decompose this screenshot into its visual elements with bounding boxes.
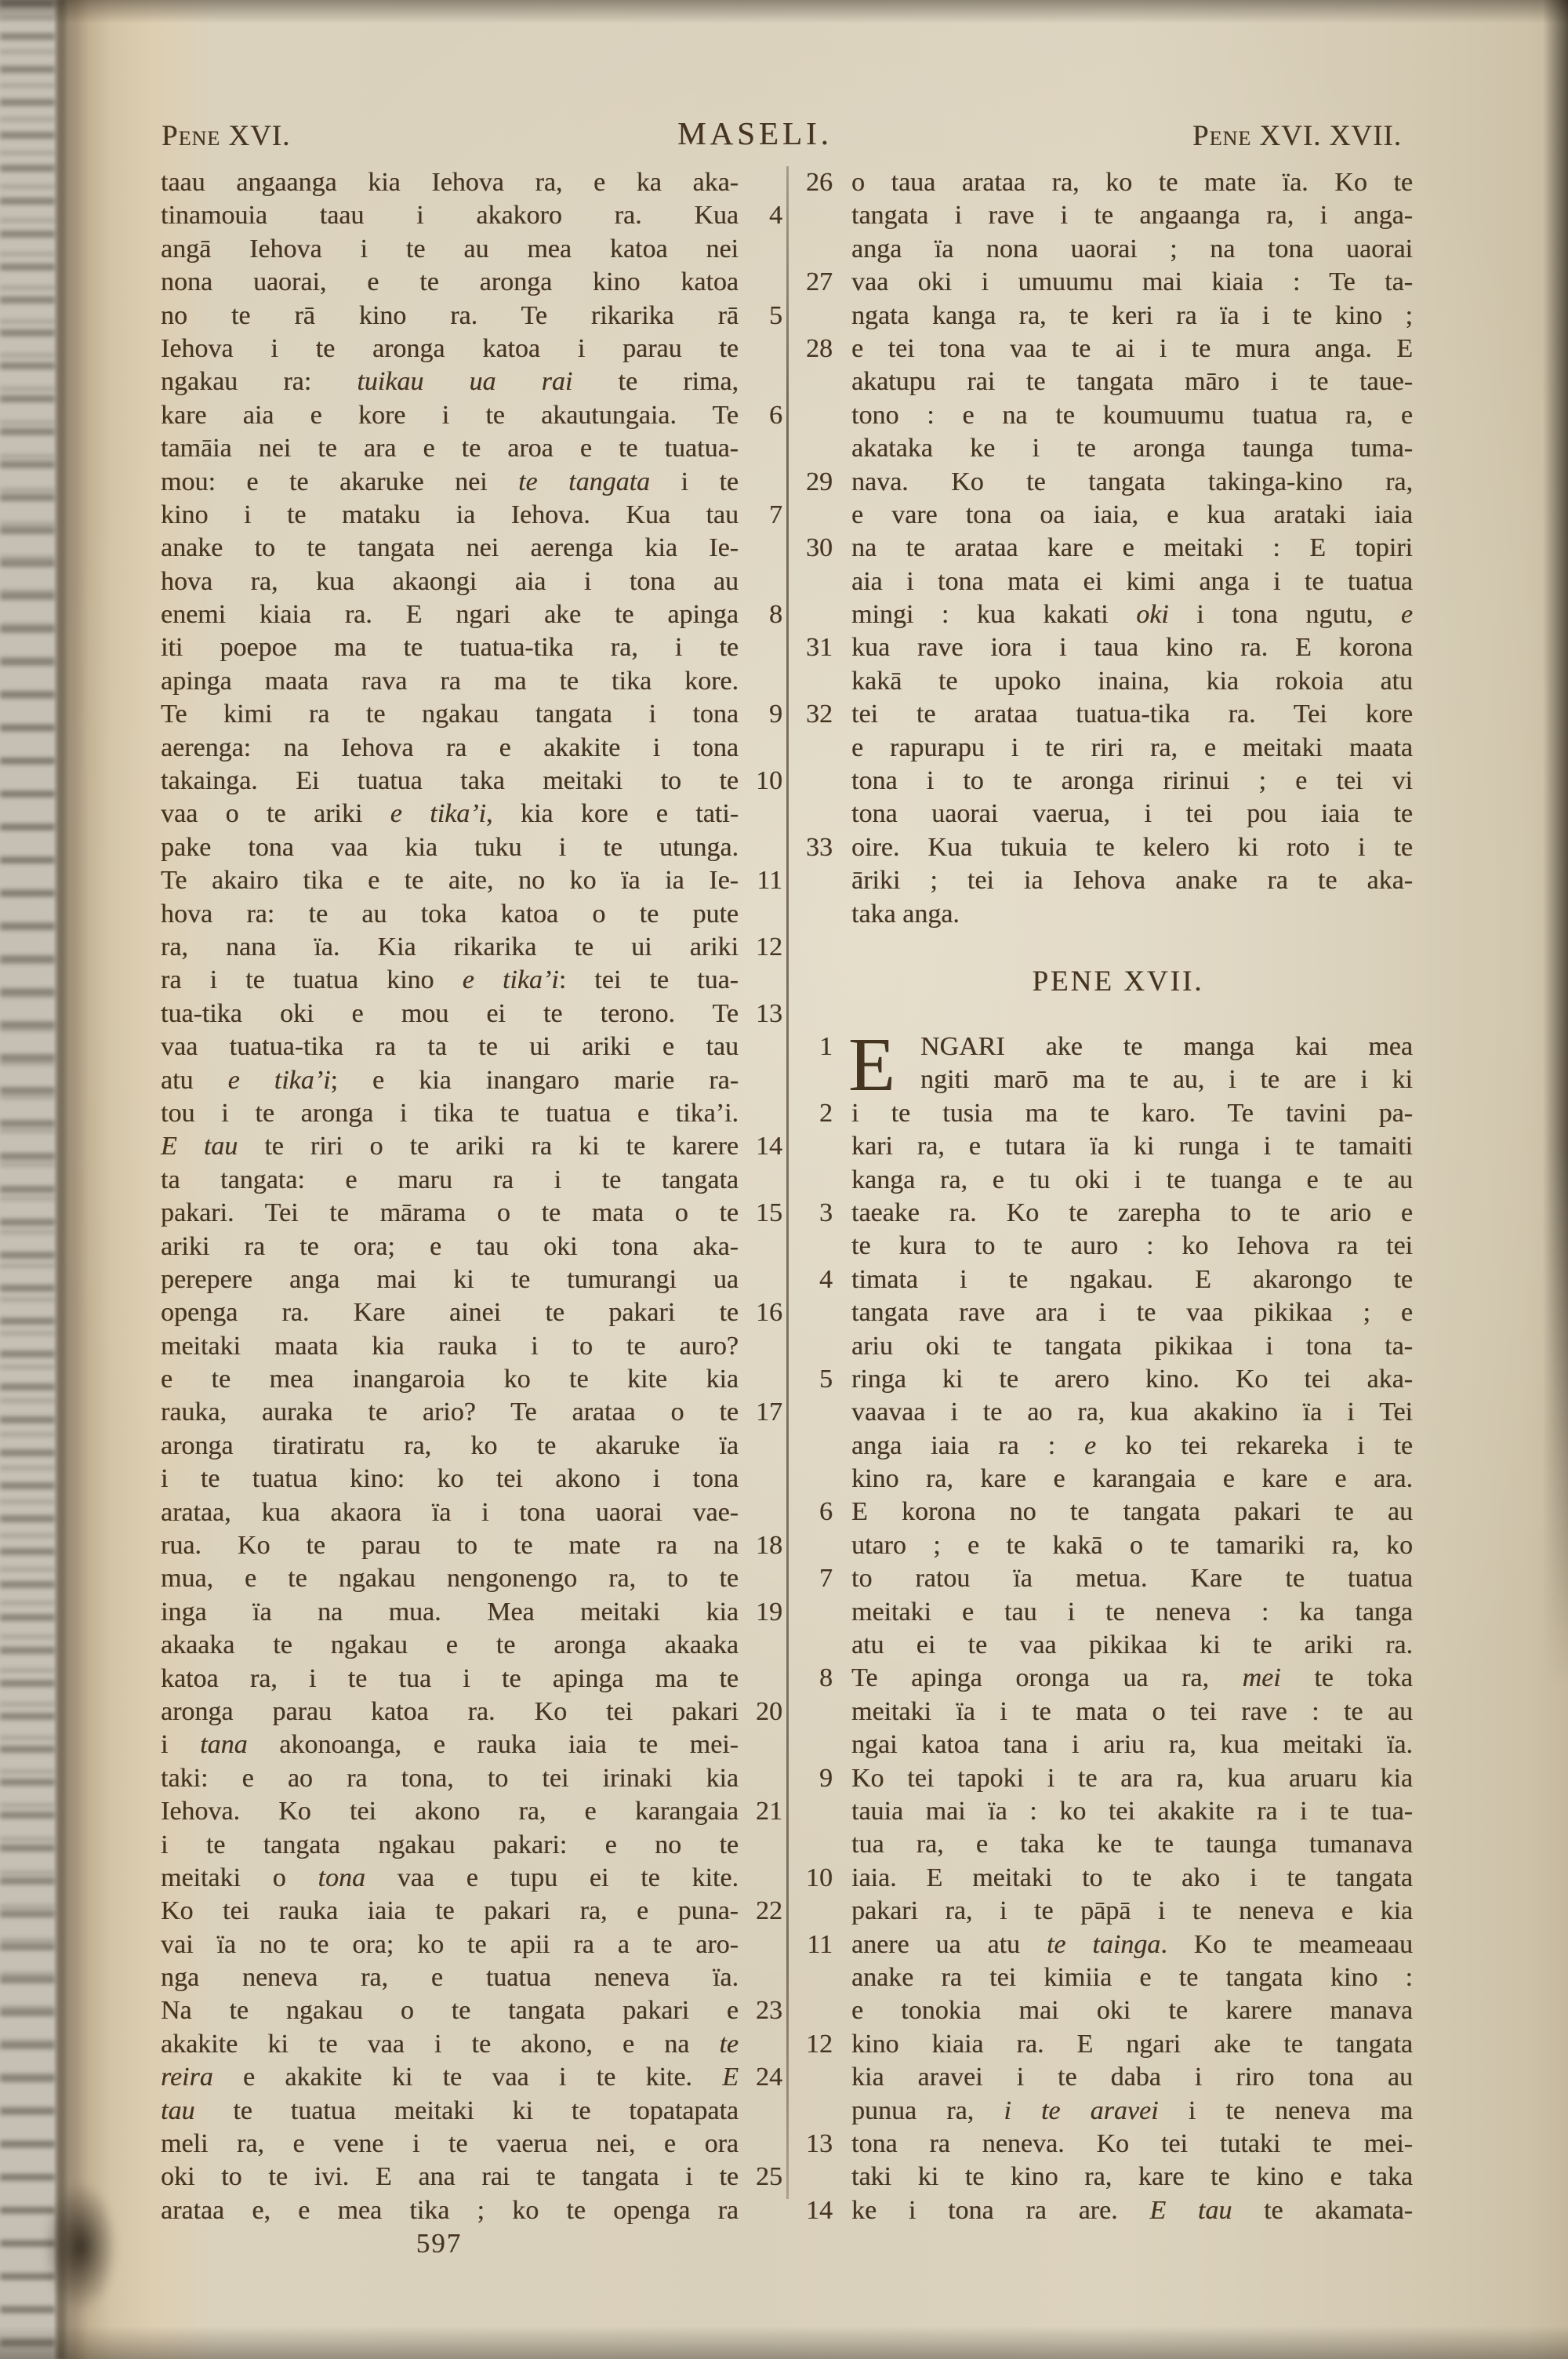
verse-text: hova ra, kua akaongi aia i tona au: [161, 567, 739, 597]
verse-text: hova ra: te au toka katoa o te pute: [161, 900, 739, 929]
text-line: 9Ko tei tapoki i te ara ra, kua aruaru k…: [797, 1764, 1413, 1797]
text-line: punua ra, i te aravei i te neneva ma: [797, 2096, 1413, 2129]
text-line: tona i to te aronga ririnui ; e tei vi: [797, 766, 1413, 799]
left-column: taau angaanga kia Iehova ra, e ka aka-4t…: [161, 168, 782, 2229]
text-line: anake to te tangata nei aerenga kia Ie-: [161, 533, 782, 566]
text-line: ariu oki te tangata pikikaa i tona ta-: [797, 1332, 1413, 1365]
verse-text: i tana akonoanga, e rauka iaia te mei-: [161, 1730, 739, 1760]
verse-text: atu ei te vaa pikikaa ki te ariki ra.: [851, 1630, 1413, 1660]
text-line: 7kino i te mataku ia Iehova. Kua tau: [161, 500, 782, 533]
running-head-right: Pene XVI. XVII.: [1192, 119, 1402, 153]
verse-text: vaa tuatua-tika ra ta te ui ariki e tau: [161, 1032, 739, 1062]
text-line: ta tangata: e maru ra i te tangata: [161, 1165, 782, 1198]
verse-text: reira e akakite ki te vaa i te kite. E: [161, 2063, 739, 2092]
text-line: aronga tiratiratu ra, ko te akaruke ïa: [161, 1431, 782, 1464]
text-line: anake ra tei kimiia e te tangata kino :: [797, 1963, 1413, 1996]
verse-text: o taua arataa ra, ko te mate ïa. Ko te: [851, 168, 1413, 198]
verse-number: 28: [797, 334, 833, 364]
verse-number: 30: [797, 533, 833, 563]
verse-text: to ratou ïa metua. Kare te tuatua: [851, 1564, 1413, 1594]
verse-text: aronga parau katoa ra. Ko tei pakari: [161, 1697, 739, 1727]
text-line: 19inga ïa na mua. Mea meitaki kia: [161, 1598, 782, 1630]
text-line: aerenga: na Iehova ra e akakite i tona: [161, 733, 782, 766]
text-line: taau angaanga kia Iehova ra, e ka aka-: [161, 168, 782, 201]
verse-text: utaro ; e te kakā o te tamariki ra, ko: [851, 1531, 1413, 1561]
text-line: 4timata i te ngakau. E akarongo te: [797, 1265, 1413, 1298]
text-line: e vare tona oa iaia, e kua arataki iaia: [797, 500, 1413, 533]
verse-number: 8: [739, 600, 782, 630]
verse-text: ngiti marō ma te au, i te are i ki: [920, 1065, 1413, 1095]
text-line: 8Te apinga oronga ua ra, mei te toka: [797, 1663, 1413, 1696]
text-line: hova ra: te au toka katoa o te pute: [161, 900, 782, 932]
verse-text: kia aravei i te daba i riro tona au: [851, 2063, 1413, 2092]
text-line: tou i te aronga i tika te tuatua e tika’…: [161, 1099, 782, 1132]
text-line: 12ra, nana ïa. Kia rikarika te ui ariki: [161, 932, 782, 965]
right-column-chapter17: E 1NGARI ake te manga kai meangiti marō …: [797, 1032, 1413, 2229]
text-line: atu e tika’i; e kia inangaro marie ra-: [161, 1066, 782, 1099]
verse-text: mingi : kua kakati oki i tona ngutu, e: [851, 600, 1413, 630]
verse-text: e te mea inangaroia ko te kite kia: [161, 1365, 739, 1394]
verse-text: anga ïa nona uaorai ; na tona uaorai: [851, 234, 1413, 264]
verse-number: 6: [797, 1497, 833, 1527]
verse-text: meitaki ïa i te mata o tei rave : te au: [851, 1697, 1413, 1727]
verse-number: 21: [739, 1797, 782, 1826]
verse-text: Iehova i te aronga katoa i parau te: [161, 334, 739, 364]
verse-text: Te akairo tika e te aite, no ko ïa ia Ie…: [161, 866, 739, 896]
text-line: 17rauka, auraka te ario? Te arataa o te: [161, 1398, 782, 1430]
text-line: Iehova i te aronga katoa i parau te: [161, 334, 782, 367]
verse-text: vaa o te ariki e tika’i, kia kore e tati…: [161, 799, 739, 829]
verse-text: tua ra, e taka ke te taunga tumanava: [851, 1830, 1413, 1859]
verse-text: taau angaanga kia Iehova ra, e ka aka-: [161, 168, 739, 198]
verse-number: 14: [797, 2196, 833, 2226]
text-line: 5no te rā kino ra. Te rikarika rā: [161, 301, 782, 334]
text-line: anga iaia ra : e ko tei rekareka i te: [797, 1431, 1413, 1464]
text-line: anga ïa nona uaorai ; na tona uaorai: [797, 234, 1413, 267]
verse-number: 22: [739, 1896, 782, 1926]
text-line: 15pakari. Tei te mārama o te mata o te: [161, 1198, 782, 1231]
verse-number: 7: [797, 1564, 833, 1594]
verse-text: iaia. E meitaki to te ako i te tangata: [851, 1863, 1413, 1893]
verse-text: ngai katoa tana i ariu ra, kua meitaki ï…: [851, 1730, 1413, 1760]
verse-number: 11: [739, 866, 782, 896]
verse-text: e vare tona oa iaia, e kua arataki iaia: [851, 500, 1413, 530]
text-line: aia i tona mata ei kimi anga i te tuatua: [797, 567, 1413, 600]
verse-number: 7: [739, 500, 782, 530]
verse-text: arataa, kua akaora ïa i tona uaorai vae-: [161, 1498, 739, 1528]
verse-text: tangata i rave i te angaanga ra, i anga-: [851, 201, 1413, 231]
verse-text: Na te ngakau o te tangata pakari e: [161, 1996, 739, 2026]
verse-text: oki to te ivi. E ana rai te tangata i te: [161, 2162, 739, 2192]
text-line: i tana akonoanga, e rauka iaia te mei-: [161, 1730, 782, 1763]
verse-text: tona ra neneva. Ko tei tutaki te mei-: [851, 2129, 1413, 2159]
verse-text: Te apinga oronga ua ra, mei te toka: [851, 1663, 1413, 1693]
verse-text: āriki ; tei ia Iehova anake ra te aka-: [851, 866, 1413, 896]
verse-text: Te kimi ra te ngakau tangata i tona: [161, 700, 739, 729]
text-line: 6E korona no te tangata pakari te au: [797, 1497, 1413, 1530]
text-line: 3taeake ra. Ko te zarepha to te ario e: [797, 1198, 1413, 1231]
text-line: ngai katoa tana i ariu ra, kua meitaki ï…: [797, 1730, 1413, 1763]
verse-text: enemi kiaia ra. E ngari ake te apinga: [161, 600, 739, 630]
verse-text: e tei tona vaa te ai i te mura anga. E: [851, 334, 1413, 364]
verse-number: 10: [739, 766, 782, 796]
verse-text: anake ra tei kimiia e te tangata kino :: [851, 1963, 1413, 1993]
text-line: taki ki te kino ra, kare te kino e taka: [797, 2162, 1413, 2195]
verse-text: ra, nana ïa. Kia rikarika te ui ariki: [161, 932, 739, 962]
text-line: āriki ; tei ia Iehova anake ra te aka-: [797, 866, 1413, 899]
verse-number: 10: [797, 1863, 833, 1893]
verse-text: ringa ki te arero kino. Ko tei aka-: [851, 1365, 1413, 1394]
verse-text: meli ra, e vene i te vaerua nei, e ora: [161, 2129, 739, 2159]
verse-text: E korona no te tangata pakari te au: [851, 1497, 1413, 1527]
text-line: 18rua. Ko te parau to te mate ra na: [161, 1531, 782, 1564]
text-line: akatupu rai te tangata māro i te taue-: [797, 367, 1413, 400]
text-line: 26o taua arataa ra, ko te mate ïa. Ko te: [797, 168, 1413, 201]
text-line: taka anga.: [797, 900, 1413, 932]
verse-number: 33: [797, 833, 833, 863]
verse-text: i te tangata ngakau pakari: e no te: [161, 1830, 739, 1860]
verse-text: taka anga.: [851, 900, 1413, 929]
verse-text: te kura to te auro : ko Iehova ra tei: [851, 1231, 1413, 1261]
verse-text: kanga ra, e tu oki i te tuanga e te au: [851, 1165, 1413, 1195]
verse-text: ngakau ra: tuikau ua rai te rima,: [161, 367, 739, 397]
verse-text: oire. Kua tukuia te kelero ki roto i te: [851, 833, 1413, 863]
text-line: vai ïa no te ora; ko te apii ra a te aro…: [161, 1930, 782, 1963]
text-line: utaro ; e te kakā o te tamariki ra, ko: [797, 1531, 1413, 1564]
verse-text: ra i te tuatua kino e tika’i: tei te tua…: [161, 965, 739, 995]
text-line: tangata i rave i te angaanga ra, i anga-: [797, 201, 1413, 234]
text-line: tauia mai ïa : ko tei akakite ra i te tu…: [797, 1797, 1413, 1830]
text-line: ariki ra te ora; e tau oki tona aka-: [161, 1232, 782, 1265]
verse-text: akaaka te ngakau e te aronga akaaka: [161, 1630, 739, 1660]
verse-text: ariu oki te tangata pikikaa i tona ta-: [851, 1332, 1413, 1361]
text-line: akataka ke i te aronga taunga tuma-: [797, 434, 1413, 467]
verse-text: tamāia nei te ara e te aroa e te tuatua-: [161, 434, 739, 463]
text-line: meitaki maata kia rauka i to te auro?: [161, 1332, 782, 1365]
verse-number: 29: [797, 467, 833, 497]
text-line: 25oki to te ivi. E ana rai te tangata i …: [161, 2162, 782, 2195]
verse-number: 31: [797, 633, 833, 663]
verse-text: timata i te ngakau. E akarongo te: [851, 1265, 1413, 1295]
text-line: apinga maata rava ra ma te tika kore.: [161, 667, 782, 700]
verse-number: 5: [739, 301, 782, 331]
verse-text: iti poepoe ma te tuatua-tika ra, i te: [161, 633, 739, 663]
verse-text: taeake ra. Ko te zarepha to te ario e: [851, 1198, 1413, 1228]
text-line: angā Iehova i te au mea katoa nei: [161, 234, 782, 267]
text-line: 12kino kiaia ra. E ngari ake te tangata: [797, 2030, 1413, 2063]
verse-text: E tau te riri o te ariki ra ki te karere: [161, 1132, 739, 1161]
verse-text: apinga maata rava ra ma te tika kore.: [161, 667, 739, 696]
text-line: atu ei te vaa pikikaa ki te ariki ra.: [797, 1630, 1413, 1663]
text-line: 6kare aia e kore i te akautungaia. Te: [161, 401, 782, 434]
verse-text: pake tona vaa kia tuku i te utunga.: [161, 833, 739, 863]
text-line: 30na te arataa kare e meitaki : E topiri: [797, 533, 1413, 566]
verse-text: e rapurapu i te riri ra, e meitaki maata: [851, 733, 1413, 763]
verse-text: kino kiaia ra. E ngari ake te tangata: [851, 2030, 1413, 2059]
text-line: ra i te tuatua kino e tika’i: tei te tua…: [161, 965, 782, 998]
chapter-heading: PENE XVII.: [844, 965, 1392, 998]
verse-text: katoa ra, i te tua i te apinga ma te: [161, 1664, 739, 1694]
verse-number: 1: [797, 1032, 833, 1062]
verse-number: 23: [739, 1996, 782, 2026]
text-line: ngiti marō ma te au, i te are i ki: [797, 1065, 1413, 1098]
text-line: akakite ki te vaa i te akono, e na te: [161, 2030, 782, 2063]
text-line: meitaki ïa i te mata o tei rave : te au: [797, 1697, 1413, 1730]
verse-text: kua rave iora i taua kino ra. E korona: [851, 633, 1413, 663]
verse-text: vaavaa i te ao ra, kua akakino ïa i Tei: [851, 1398, 1413, 1427]
verse-number: 20: [739, 1697, 782, 1727]
text-line: ngata kanga ra, te keri ra ïa i te kino …: [797, 301, 1413, 334]
verse-number: 9: [797, 1764, 833, 1794]
verse-text: vaa oki i umuumu mai kiaia : Te ta-: [851, 267, 1413, 297]
text-line: 11Te akairo tika e te aite, no ko ïa ia …: [161, 866, 782, 899]
text-line: 31kua rave iora i taua kino ra. E korona: [797, 633, 1413, 666]
verse-text: ta tangata: e maru ra i te tangata: [161, 1165, 739, 1195]
verse-text: vai ïa no te ora; ko te apii ra a te aro…: [161, 1930, 739, 1960]
text-line: katoa ra, i te tua i te apinga ma te: [161, 1664, 782, 1697]
text-line: kari ra, e tutara ïa ki runga i te tamai…: [797, 1132, 1413, 1165]
text-line: e rapurapu i te riri ra, e meitaki maata: [797, 733, 1413, 766]
verse-text: kakā te upoko inaina, kia rokoia atu: [851, 667, 1413, 696]
text-line: 16openga ra. Kare ainei te pakari te: [161, 1298, 782, 1331]
verse-number: 9: [739, 700, 782, 729]
verse-number: 16: [739, 1298, 782, 1328]
verse-text: openga ra. Kare ainei te pakari te: [161, 1298, 739, 1328]
text-line: kia aravei i te daba i riro tona au: [797, 2063, 1413, 2095]
verse-text: aerenga: na Iehova ra e akakite i tona: [161, 733, 739, 763]
verse-text: no te rā kino ra. Te rikarika rā: [161, 301, 739, 331]
verse-text: taki: e ao ra tona, to tei irinaki kia: [161, 1764, 739, 1794]
right-column-chapter16: 26o taua arataa ra, ko te mate ïa. Ko te…: [797, 168, 1413, 932]
text-line: 21Iehova. Ko tei akono ra, e karangaia: [161, 1797, 782, 1830]
text-line: 22Ko tei rauka iaia te pakari ra, e puna…: [161, 1896, 782, 1929]
verse-text: kino ra, kare e karangaia e kare e ara.: [851, 1464, 1413, 1494]
text-line: vaa tuatua-tika ra ta te ui ariki e tau: [161, 1032, 782, 1065]
verse-text: akatupu rai te tangata māro i te taue-: [851, 367, 1413, 397]
verse-text: tou i te aronga i tika te tuatua e tika’…: [161, 1099, 739, 1129]
text-line: 13tona ra neneva. Ko tei tutaki te mei-: [797, 2129, 1413, 2162]
verse-number: 6: [739, 401, 782, 431]
text-line: arataa e, e mea tika ; ko te openga ra: [161, 2196, 782, 2229]
verse-number: 3: [797, 1198, 833, 1228]
text-line: 5ringa ki te arero kino. Ko tei aka-: [797, 1365, 1413, 1398]
verse-text: arataa e, e mea tika ; ko te openga ra: [161, 2196, 739, 2226]
verse-text: tona uaorai vaerua, i tei pou iaia te: [851, 799, 1413, 829]
verse-text: NGARI ake te manga kai mea: [920, 1032, 1413, 1062]
text-line: meitaki e tau i te neneva : ka tanga: [797, 1598, 1413, 1630]
verse-text: perepere anga mai ki te tumurangi ua: [161, 1265, 739, 1295]
verse-text: mua, e te ngakau nengonengo ra, to te: [161, 1564, 739, 1594]
verse-text: meitaki o tona vaa e tupu ei te kite.: [161, 1863, 739, 1893]
text-line: 33oire. Kua tukuia te kelero ki roto i t…: [797, 833, 1413, 866]
text-line: akaaka te ngakau e te aronga akaaka: [161, 1630, 782, 1663]
verse-text: tei te arataa tuatua-tika ra. Tei kore: [851, 700, 1413, 729]
verse-text: tua-tika oki e mou ei te terono. Te: [161, 999, 739, 1029]
verse-text: ariki ra te ora; e tau oki tona aka-: [161, 1232, 739, 1262]
verse-text: mou: e te akaruke nei te tangata i te: [161, 467, 739, 497]
text-line: taki: e ao ra tona, to tei irinaki kia: [161, 1764, 782, 1797]
verse-text: Ko tei rauka iaia te pakari ra, e puna-: [161, 1896, 739, 1926]
page-text: Pene XVI. MASELI. Pene XVI. XVII. taau a…: [0, 0, 1568, 2359]
verse-number: 25: [739, 2162, 782, 2192]
text-line: i te tuatua kino: ko tei akono i tona: [161, 1464, 782, 1497]
verse-text: ke i tona ra are. E tau te akamata-: [851, 2196, 1413, 2226]
verse-text: rua. Ko te parau to te mate ra na: [161, 1531, 739, 1561]
verse-text: angā Iehova i te au mea katoa nei: [161, 234, 739, 264]
verse-text: taki ki te kino ra, kare te kino e taka: [851, 2162, 1413, 2192]
verse-text: pakari ra, i te pāpā i te neneva e kia: [851, 1896, 1413, 1926]
text-line: 14ke i tona ra are. E tau te akamata-: [797, 2196, 1413, 2229]
text-line: 27vaa oki i umuumu mai kiaia : Te ta-: [797, 267, 1413, 300]
text-line: nona uaorai, e te aronga kino katoa: [161, 267, 782, 300]
text-line: mou: e te akaruke nei te tangata i te: [161, 467, 782, 500]
text-line: e tonokia mai oki te karere manava: [797, 1996, 1413, 2029]
verse-number: 4: [797, 1265, 833, 1295]
book-title: MASELI.: [677, 114, 833, 152]
text-line: tau te tuatua meitaki ki te topatapata: [161, 2096, 782, 2129]
verse-number: 18: [739, 1531, 782, 1561]
verse-text: Ko tei tapoki i te ara ra, kua aruaru ki…: [851, 1764, 1413, 1794]
text-line: pakari ra, i te pāpā i te neneva e kia: [797, 1896, 1413, 1929]
text-line: mua, e te ngakau nengonengo ra, to te: [161, 1564, 782, 1597]
verse-number: 27: [797, 267, 833, 297]
verse-text: tono : e na te koumuumu tuatua ra, e: [851, 401, 1413, 431]
verse-text: i te tusia ma te karo. Te tavini pa-: [851, 1099, 1413, 1129]
text-line: tona uaorai vaerua, i tei pou iaia te: [797, 799, 1413, 832]
text-line: 14E tau te riri o te ariki ra ki te kare…: [161, 1132, 782, 1165]
verse-text: punua ra, i te aravei i te neneva ma: [851, 2096, 1413, 2126]
verse-text: e tonokia mai oki te karere manava: [851, 1996, 1413, 2026]
verse-text: i te tuatua kino: ko tei akono i tona: [161, 1464, 739, 1494]
verse-number: 15: [739, 1198, 782, 1228]
verse-text: tangata rave ara i te vaa pikikaa ; e: [851, 1298, 1413, 1328]
text-line: 1NGARI ake te manga kai mea: [797, 1032, 1413, 1065]
text-line: i te tangata ngakau pakari: e no te: [161, 1830, 782, 1863]
text-line: 10iaia. E meitaki to te ako i te tangata: [797, 1863, 1413, 1896]
verse-text: nava. Ko te tangata takinga-kino ra,: [851, 467, 1413, 497]
verse-number: 11: [797, 1930, 833, 1960]
verse-number: 13: [797, 2129, 833, 2159]
text-line: kanga ra, e tu oki i te tuanga e te au: [797, 1165, 1413, 1198]
verse-number: 26: [797, 168, 833, 198]
verse-number: 32: [797, 700, 833, 729]
text-line: nga neneva ra, e tuatua neneva ïa.: [161, 1963, 782, 1996]
verse-text: anga iaia ra : e ko tei rekareka i te: [851, 1431, 1413, 1461]
verse-text: kari ra, e tutara ïa ki runga i te tamai…: [851, 1132, 1413, 1161]
verse-text: anake to te tangata nei aerenga kia Ie-: [161, 533, 739, 563]
text-line: pake tona vaa kia tuku i te utunga.: [161, 833, 782, 866]
text-line: 8enemi kiaia ra. E ngari ake te apinga: [161, 600, 782, 633]
verse-text: anere ua atu te tainga. Ko te meameaau: [851, 1930, 1413, 1960]
text-line: te kura to te auro : ko Iehova ra tei: [797, 1231, 1413, 1264]
verse-text: aia i tona mata ei kimi anga i te tuatua: [851, 567, 1413, 597]
verse-number: 19: [739, 1598, 782, 1627]
verse-text: tauia mai ïa : ko tei akakite ra i te tu…: [851, 1797, 1413, 1826]
text-line: ngakau ra: tuikau ua rai te rima,: [161, 367, 782, 400]
text-line: kakā te upoko inaina, kia rokoia atu: [797, 667, 1413, 700]
verse-text: Iehova. Ko tei akono ra, e karangaia: [161, 1797, 739, 1826]
verse-number: 14: [739, 1132, 782, 1161]
text-line: iti poepoe ma te tuatua-tika ra, i te: [161, 633, 782, 666]
text-line: vaavaa i te ao ra, kua akakino ïa i Tei: [797, 1398, 1413, 1430]
text-line: 32tei te arataa tuatua-tika ra. Tei kore: [797, 700, 1413, 732]
text-line: 2i te tusia ma te karo. Te tavini pa-: [797, 1099, 1413, 1132]
text-line: 23Na te ngakau o te tangata pakari e: [161, 1996, 782, 2029]
text-line: hova ra, kua akaongi aia i tona au: [161, 567, 782, 600]
text-line: kino ra, kare e karangaia e kare e ara.: [797, 1464, 1413, 1497]
verse-text: meitaki e tau i te neneva : ka tanga: [851, 1598, 1413, 1627]
verse-number: 5: [797, 1365, 833, 1394]
verse-text: ngata kanga ra, te keri ra ïa i te kino …: [851, 301, 1413, 331]
verse-text: tona i to te aronga ririnui ; e tei vi: [851, 766, 1413, 796]
text-line: 29nava. Ko te tangata takinga-kino ra,: [797, 467, 1413, 500]
verse-text: tau te tuatua meitaki ki te topatapata: [161, 2096, 739, 2126]
verse-text: pakari. Tei te mārama o te mata o te: [161, 1198, 739, 1228]
text-line: 24reira e akakite ki te vaa i te kite. E: [161, 2063, 782, 2095]
text-line: tangata rave ara i te vaa pikikaa ; e: [797, 1298, 1413, 1331]
running-head-left: Pene XVI.: [162, 119, 290, 153]
verse-text: aronga tiratiratu ra, ko te akaruke ïa: [161, 1431, 739, 1461]
text-line: tamāia nei te ara e te aroa e te tuatua-: [161, 434, 782, 467]
verse-number: 4: [739, 201, 782, 231]
verse-number: 12: [739, 932, 782, 962]
verse-text: takainga. Ei tuatua taka meitaki to te: [161, 766, 739, 796]
text-line: tua ra, e taka ke te taunga tumanava: [797, 1830, 1413, 1863]
verse-text: inga ïa na mua. Mea meitaki kia: [161, 1598, 739, 1627]
verse-text: nona uaorai, e te aronga kino katoa: [161, 267, 739, 297]
text-line: 9Te kimi ra te ngakau tangata i tona: [161, 700, 782, 732]
verse-text: akataka ke i te aronga taunga tuma-: [851, 434, 1413, 463]
verse-number: 2: [797, 1099, 833, 1129]
verse-text: kare aia e kore i te akautungaia. Te: [161, 401, 739, 431]
verse-number: 12: [797, 2030, 833, 2059]
verse-text: na te arataa kare e meitaki : E topiri: [851, 533, 1413, 563]
text-line: 20aronga parau katoa ra. Ko tei pakari: [161, 1697, 782, 1730]
text-line: vaa o te ariki e tika’i, kia kore e tati…: [161, 799, 782, 832]
text-line: 11anere ua atu te tainga. Ko te meameaau: [797, 1930, 1413, 1963]
text-line: 10takainga. Ei tuatua taka meitaki to te: [161, 766, 782, 799]
verse-text: meitaki maata kia rauka i to te auro?: [161, 1332, 739, 1361]
text-line: meitaki o tona vaa e tupu ei te kite.: [161, 1863, 782, 1896]
verse-text: akakite ki te vaa i te akono, e na te: [161, 2030, 739, 2059]
verse-text: kino i te mataku ia Iehova. Kua tau: [161, 500, 739, 530]
verse-text: nga neneva ra, e tuatua neneva ïa.: [161, 1963, 739, 1993]
text-line: 4tinamouia taau i akakoro ra. Kua: [161, 201, 782, 234]
column-divider-rule: [786, 166, 789, 2199]
page-number: 597: [392, 2228, 486, 2259]
verse-text: rauka, auraka te ario? Te arataa o te: [161, 1398, 739, 1427]
text-line: perepere anga mai ki te tumurangi ua: [161, 1265, 782, 1298]
text-line: 28e tei tona vaa te ai i te mura anga. E: [797, 334, 1413, 367]
verse-number: 8: [797, 1663, 833, 1693]
verse-number: 13: [739, 999, 782, 1029]
text-line: e te mea inangaroia ko te kite kia: [161, 1365, 782, 1398]
text-line: 13tua-tika oki e mou ei te terono. Te: [161, 999, 782, 1032]
text-line: 7to ratou ïa metua. Kare te tuatua: [797, 1564, 1413, 1597]
text-line: tono : e na te koumuumu tuatua ra, e: [797, 401, 1413, 434]
verse-text: tinamouia taau i akakoro ra. Kua: [161, 201, 739, 231]
text-line: mingi : kua kakati oki i tona ngutu, e: [797, 600, 1413, 633]
text-line: arataa, kua akaora ïa i tona uaorai vae-: [161, 1498, 782, 1531]
scanned-book-page: Pene XVI. MASELI. Pene XVI. XVII. taau a…: [0, 0, 1568, 2359]
text-line: meli ra, e vene i te vaerua nei, e ora: [161, 2129, 782, 2162]
verse-number: 24: [739, 2063, 782, 2092]
verse-text: atu e tika’i; e kia inangaro marie ra-: [161, 1066, 739, 1096]
verse-number: 17: [739, 1398, 782, 1427]
